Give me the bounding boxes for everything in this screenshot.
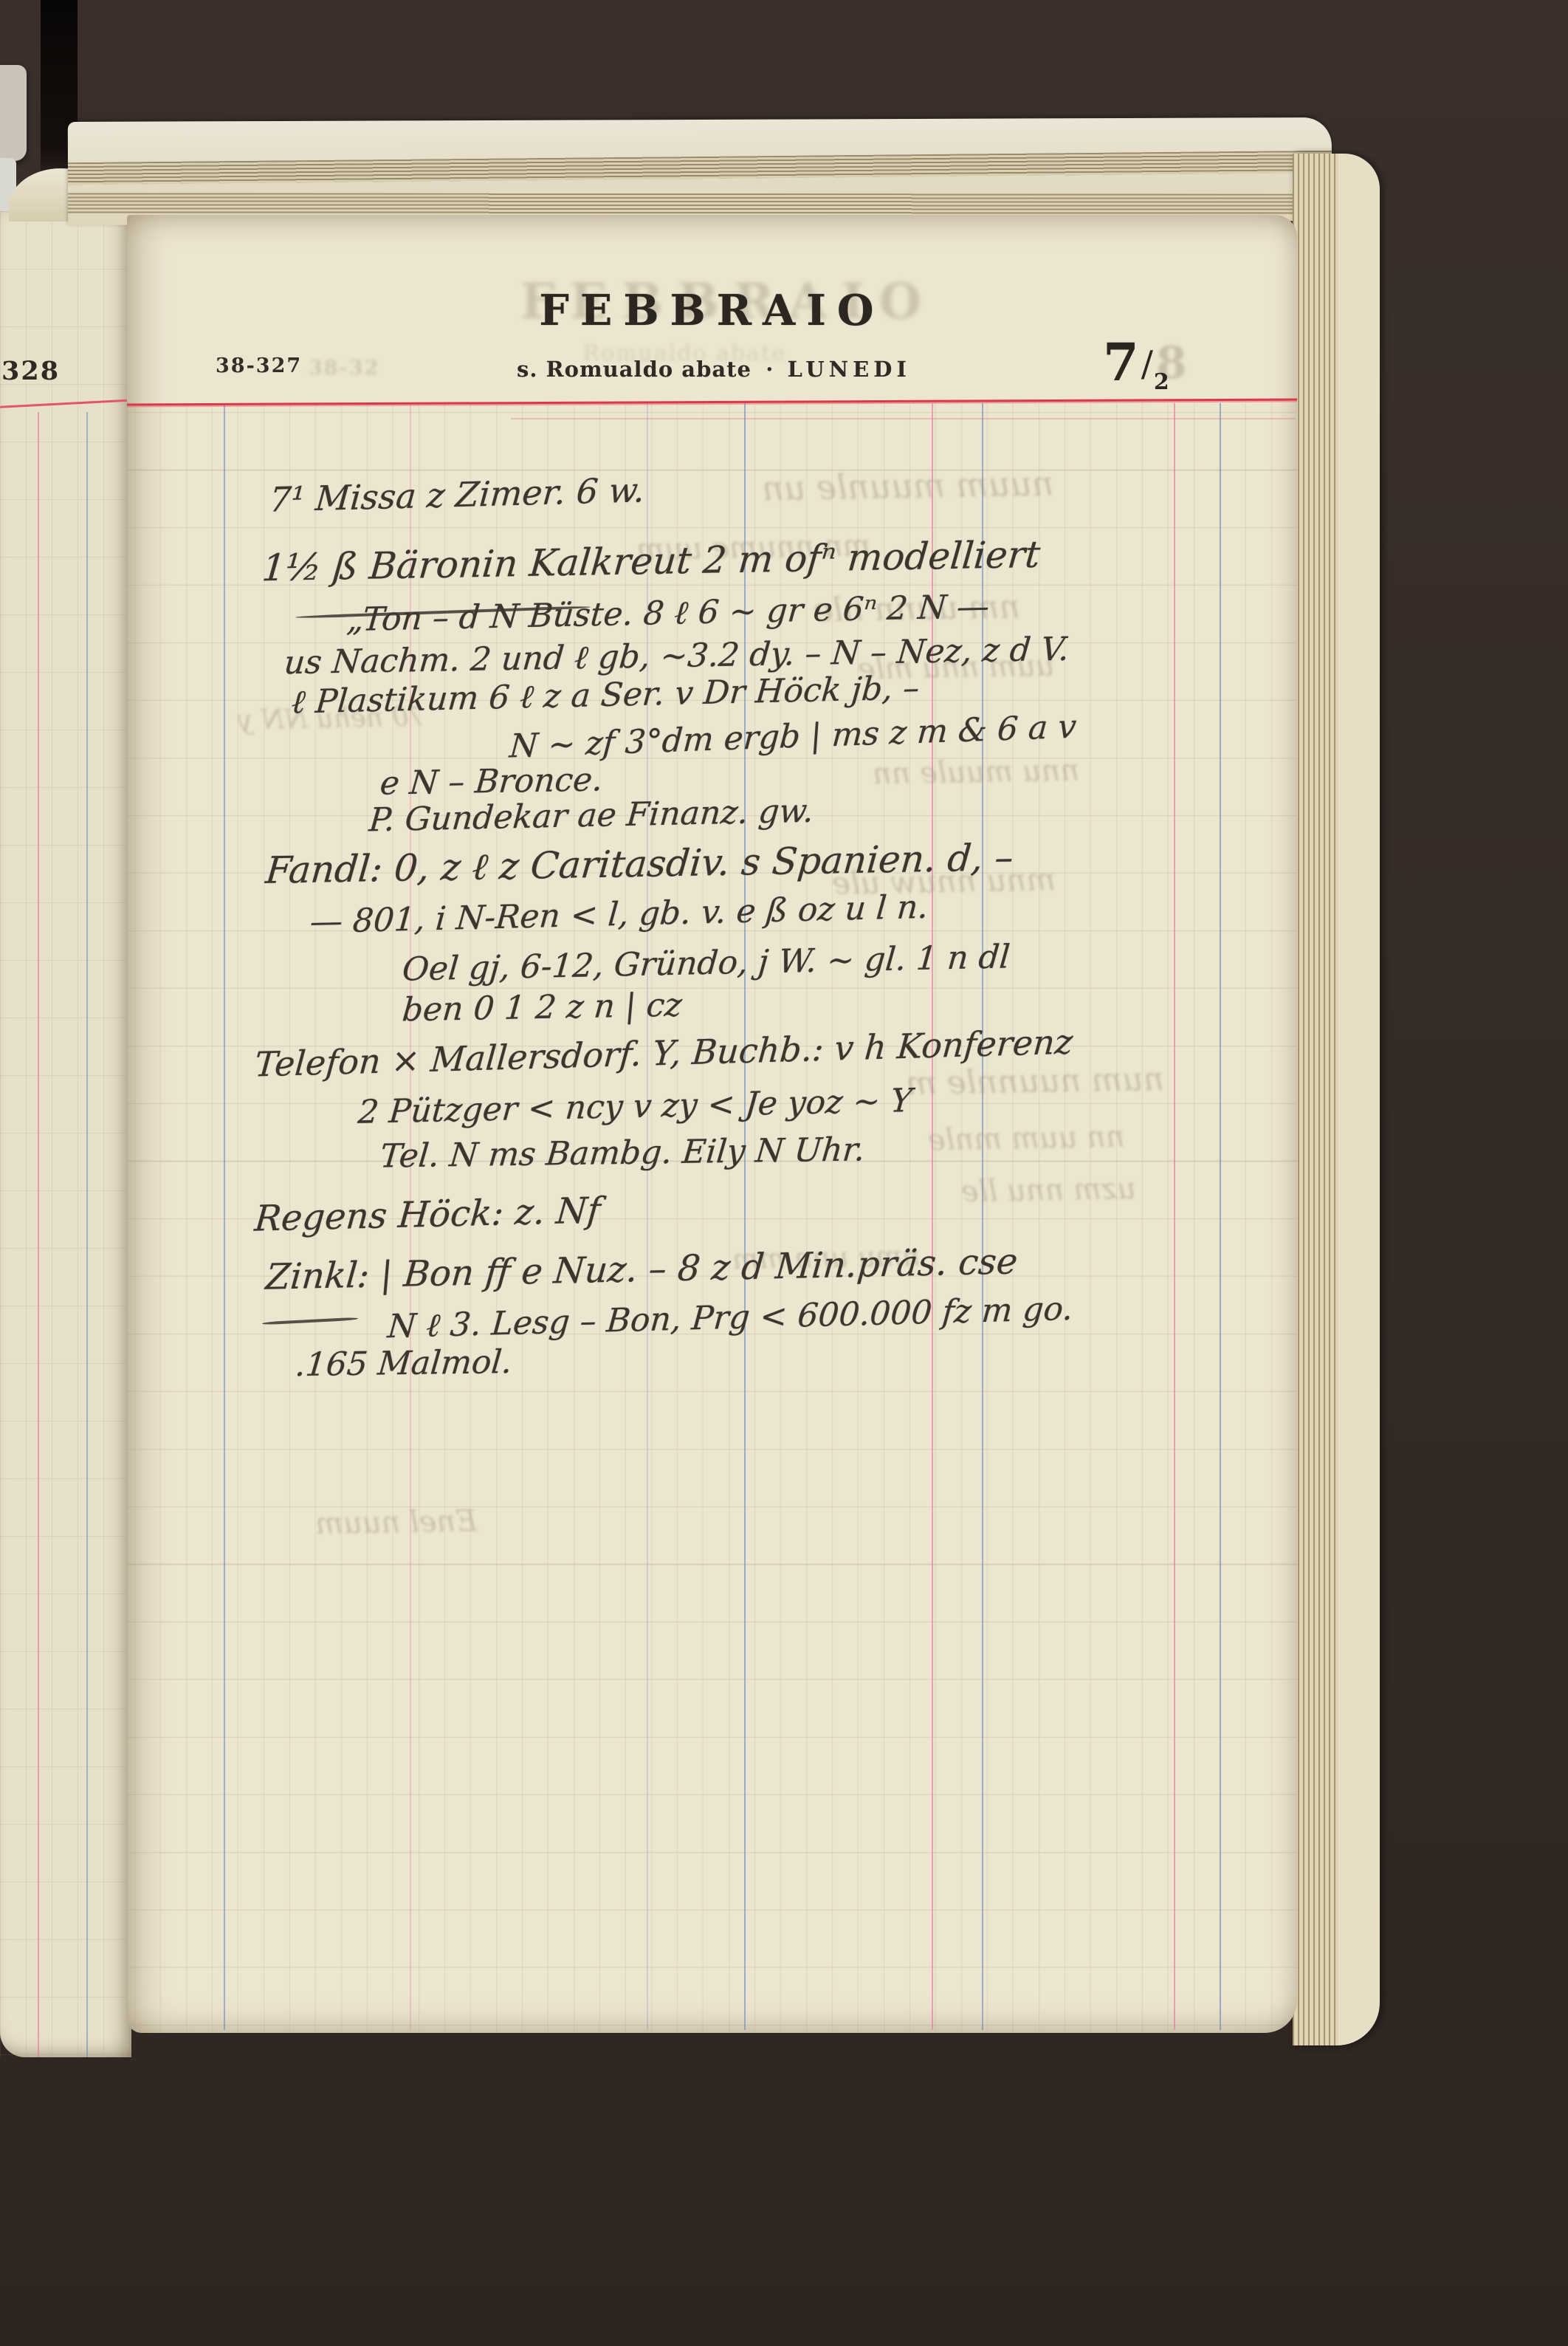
handwriting-line: ben 0 1 2 z n | cz (401, 987, 684, 1029)
handwriting-line: e N – Bronce. (379, 761, 605, 802)
handwriting-line: Regens Höck: z. Nf (253, 1190, 602, 1240)
day-date: 7/2 (1103, 332, 1169, 393)
column-rule (224, 403, 225, 2030)
saint-name: s. Romualdo abate (517, 357, 752, 382)
weekday-label: LUNEDI (788, 357, 911, 382)
separator-dot: · (766, 357, 773, 382)
day-number: 7 (1103, 332, 1139, 393)
showthrough-line: num nuunnle m (906, 1060, 1165, 1102)
showthrough-line: nnu muule nn (873, 754, 1080, 792)
handwriting-line: Tel. N ms Bambg. Eily N Uhr. (379, 1131, 867, 1175)
left-page-number: 328 (1, 356, 60, 386)
month-number: 2 (1154, 369, 1169, 395)
column-rule (1220, 403, 1221, 2030)
page-corner-sliver (0, 65, 27, 161)
diary-page: FEBBRAIO FEBBRAIO 38-32 38-327 Romualdo … (127, 215, 1297, 2033)
left-page-pink-rule (38, 412, 39, 2057)
left-page-blue-rule (86, 412, 88, 2057)
showthrough-line: Enel nuum (315, 1504, 478, 1541)
showthrough-line: nn uum mnle (928, 1120, 1125, 1158)
left-partial-page: 328 (0, 211, 131, 2057)
right-page-stack (1293, 154, 1380, 2045)
day-slash: / (1141, 343, 1153, 385)
left-page-grid (0, 211, 131, 2057)
top-page-stack (68, 117, 1332, 225)
showthrough-line: nuum muunle un (762, 464, 1054, 509)
month-title: FEBBRAIO (127, 286, 1297, 335)
showthrough-line: uzm nnu lle (961, 1172, 1137, 1209)
red-rule-showthrough (511, 418, 1296, 419)
top-stack-edge-lines (68, 151, 1332, 185)
handwriting-line: .165 Malmol. (294, 1343, 514, 1384)
top-stack-edge-lines-2 (68, 193, 1332, 214)
diary-photo: 328 FEBBRAIO FEBBRAIO 38-32 38-327 Romua… (0, 0, 1568, 2346)
column-rule (1174, 403, 1175, 2030)
